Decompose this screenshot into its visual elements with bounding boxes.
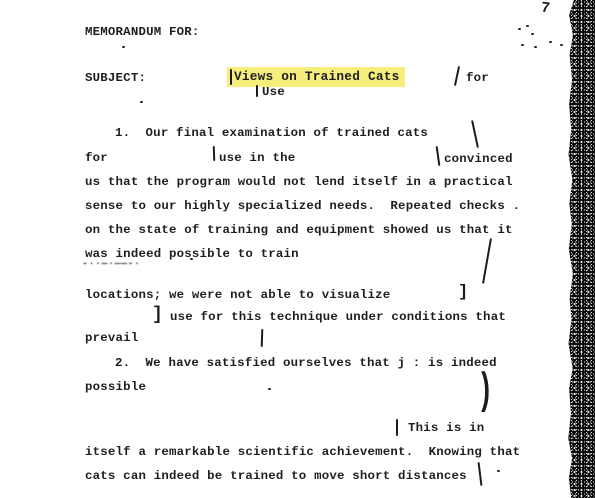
scan-speck bbox=[268, 388, 271, 390]
scan-speck bbox=[560, 44, 563, 46]
pen-mark-convinced-backslash bbox=[436, 146, 441, 166]
body-line: prevail bbox=[85, 331, 138, 345]
memo-heading: MEMORANDUM FOR: bbox=[85, 25, 200, 39]
body-line: 1. Our final examination of trained cats bbox=[115, 126, 428, 140]
scan-speck bbox=[518, 28, 521, 30]
pen-mark-subject-slash bbox=[454, 66, 460, 86]
scan-speck bbox=[140, 101, 143, 103]
body-line: cats can indeed be trained to move short… bbox=[85, 469, 467, 483]
subject-use-text: Use bbox=[262, 85, 285, 99]
body-line: us that the program would not lend itsel… bbox=[85, 175, 513, 189]
scan-noise-strip bbox=[568, 0, 595, 498]
pen-mark-visualize-bracket: ] bbox=[458, 284, 468, 301]
subject-highlighted-text: Views on Trained Cats bbox=[227, 67, 405, 87]
scan-speck bbox=[549, 41, 552, 43]
scan-speck bbox=[190, 258, 193, 260]
body-line: This is in bbox=[408, 421, 484, 435]
body-line: itself a remarkable scientific achieveme… bbox=[85, 445, 520, 459]
pen-mark-distances-backslash bbox=[478, 462, 483, 486]
scan-artifact-corner-mark: 7 bbox=[540, 1, 551, 17]
body-line: use in the bbox=[219, 151, 295, 165]
body-line: convinced bbox=[444, 152, 513, 166]
pen-mark-prevail-tick bbox=[261, 329, 264, 347]
pen-mark-use-for-bracket: ] bbox=[152, 306, 163, 324]
subject-for-text: for bbox=[466, 71, 489, 85]
subject-label: SUBJECT: bbox=[85, 71, 146, 85]
scan-speck bbox=[526, 25, 529, 27]
pen-mark-this-tick bbox=[396, 419, 398, 436]
body-line: use for this technique under conditions … bbox=[170, 310, 506, 324]
scan-speck bbox=[531, 33, 534, 35]
body-line: possible bbox=[85, 380, 146, 394]
body-line: for bbox=[85, 151, 108, 165]
pen-mark-train-slash bbox=[482, 238, 492, 284]
scan-speck bbox=[122, 46, 125, 48]
pen-mark-use-tick bbox=[256, 85, 258, 97]
pen-mark-subject-tick bbox=[230, 69, 232, 85]
scan-speck bbox=[521, 44, 524, 46]
redaction-smudge: -··—·——-· bbox=[82, 259, 141, 270]
body-line: locations; we were not able to visualize bbox=[85, 288, 390, 302]
body-line: on the state of training and equipment s… bbox=[85, 223, 513, 237]
scan-speck bbox=[534, 46, 537, 48]
scanned-memo-page: MEMORANDUM FOR: SUBJECT: Views on Traine… bbox=[0, 0, 595, 498]
pen-mark-backslash-1 bbox=[471, 120, 479, 148]
body-line: sense to our highly specialized needs. R… bbox=[85, 199, 520, 213]
body-line: 2. We have satisfied ourselves that j : … bbox=[115, 356, 497, 370]
pen-mark-use-in-tick bbox=[213, 146, 216, 161]
scan-speck bbox=[497, 470, 500, 472]
pen-mark-possible-paren: ) bbox=[477, 370, 493, 414]
